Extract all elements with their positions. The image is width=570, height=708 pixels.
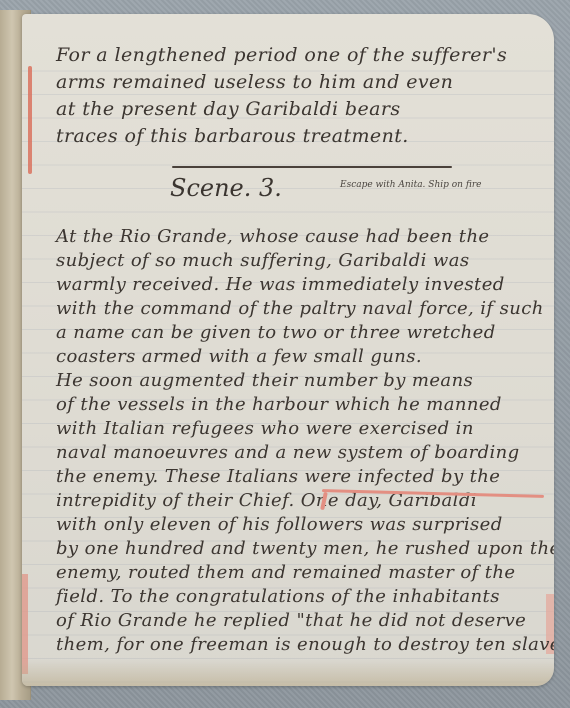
text-line: arms remained useless to him and even [56,69,453,95]
text-line: traces of this barbarous treatment. [56,123,409,149]
page-bottom-edge [22,660,554,686]
section-divider [172,166,452,168]
text-line: with the command of the paltry naval for… [56,296,544,322]
red-margin-mark-top [28,66,32,174]
text-line: them, for one freeman is enough to destr… [56,632,554,658]
text-line: field. To the congratulations of the inh… [56,584,500,610]
text-line: a name can be given to two or three wret… [56,320,496,346]
text-line: at the present day Garibaldi bears [56,96,401,122]
text-line: At the Rio Grande, whose cause had been … [56,224,490,250]
red-margin-mark-bottom [22,574,28,674]
text-line: warmly received. He was immediately inve… [56,272,505,298]
margin-note: Escape with Anita. Ship on fire [340,180,481,190]
text-line: with only eleven of his followers was su… [56,512,503,538]
text-line: by one hundred and twenty men, he rushed… [56,536,554,562]
text-line: He soon augmented their number by means [56,368,473,394]
text-line: subject of so much suffering, Garibaldi … [56,248,469,274]
text-line: the enemy. These Italians were infected … [56,464,500,490]
text-line: of the vessels in the harbour which he m… [56,392,502,418]
text-line: naval manoeuvres and a new system of boa… [56,440,520,466]
text-line: coasters armed with a few small guns. [56,344,422,370]
text-line: For a lengthened period one of the suffe… [56,42,507,68]
text-line: of Rio Grande he replied "that he did no… [56,608,526,634]
text-line: enemy, routed them and remained master o… [56,560,515,586]
text-line: with Italian refugees who were exercised… [56,416,474,442]
scene-heading: Scene. 3. [170,174,282,202]
manuscript-page: For a lengthened period one of the suffe… [22,14,554,686]
